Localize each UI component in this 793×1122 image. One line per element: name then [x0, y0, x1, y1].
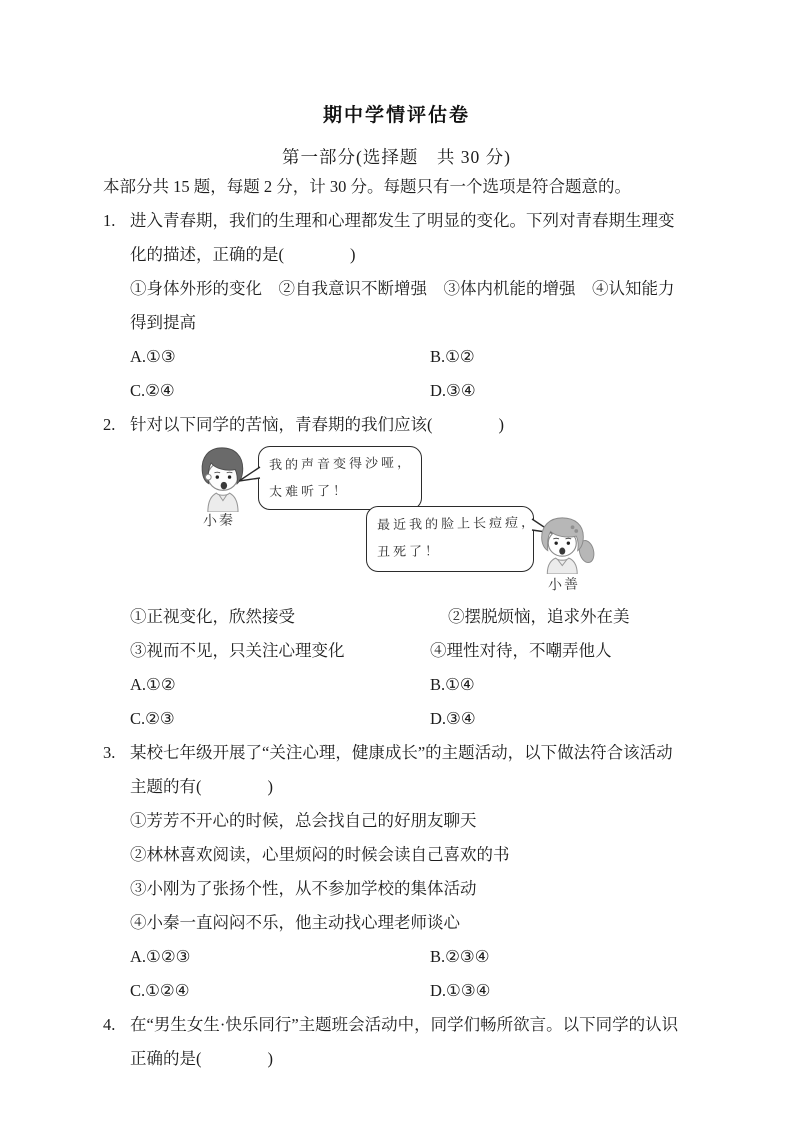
girl-student-illustration	[535, 516, 597, 574]
question-3: 3. 某校七年级开展了“关注心理，健康成长”的主题活动，以下做法符合该活动 主题…	[103, 736, 690, 1008]
question-1: 1. 进入青春期，我们的生理和心理都发生了明显的变化。下列对青春期生理变 化的描…	[103, 204, 690, 408]
q3-option-b: B.②③④	[430, 940, 490, 974]
q3-item-1: ①芳芳不开心的时候，总会找自己的好朋友聊天	[130, 804, 690, 838]
exam-paper-page: 期中学情评估卷 第一部分(选择题 共 30 分) 本部分共 15 题，每题 2 …	[0, 0, 793, 1122]
q3-item-4: ④小秦一直闷闷不乐，他主动找心理老师谈心	[130, 906, 690, 940]
q2-item-3: ③视而不见，只关注心理变化	[130, 634, 430, 668]
q3-options-row-cd: C.①②④ D.①③④	[130, 974, 690, 1008]
q1-stem-text: 进入青春期，我们的生理和心理都发生了明显的变化。下列对青春期生理变	[130, 204, 675, 238]
question-4: 4. 在“男生女生·快乐同行”主题班会活动中，同学们畅所欲言。以下同学的认识 正…	[103, 1008, 690, 1076]
q2-option-a: A.①②	[130, 668, 430, 702]
q1-option-d: D.③④	[430, 374, 476, 408]
q2-stem-text: 针对以下同学的苦恼，青春期的我们应该( )	[130, 408, 504, 442]
q1-option-b: B.①②	[430, 340, 475, 374]
q2-item-2: ②摆脱烦恼，追求外在美	[448, 600, 630, 634]
q1-option-c: C.②④	[130, 374, 430, 408]
q3-stem-text: 某校七年级开展了“关注心理，健康成长”的主题活动，以下做法符合该活动	[130, 736, 673, 770]
girl-bubble-text-line2: 丑死了！	[377, 536, 525, 566]
q3-stem-line2: 主题的有( )	[130, 770, 690, 804]
q2-number: 2.	[103, 408, 130, 442]
q2-option-d: D.③④	[430, 702, 476, 736]
boy-bubble-text-line2: 太难听了！	[269, 476, 413, 506]
paper-content: 期中学情评估卷 第一部分(选择题 共 30 分) 本部分共 15 题，每题 2 …	[103, 104, 690, 1076]
boy-name-label: 小秦	[203, 509, 236, 530]
boy-speech-bubble: 我的声音变得沙哑， 太难听了！	[258, 446, 422, 510]
girl-name-label: 小善	[548, 573, 581, 594]
page-title: 期中学情评估卷	[103, 104, 690, 128]
q2-option-b: B.①④	[430, 668, 475, 702]
q3-options-row-ab: A.①②③ B.②③④	[130, 940, 690, 974]
boy-bubble-tail	[239, 465, 261, 487]
q1-option-a: A.①③	[130, 340, 430, 374]
q1-options-row-cd: C.②④ D.③④	[130, 374, 690, 408]
section-intro: 本部分共 15 题，每题 2 分，计 30 分。每题只有一个选项是符合题意的。	[103, 170, 690, 204]
q4-number: 4.	[103, 1008, 130, 1042]
q2-item-4: ④理性对待，不嘲弄他人	[430, 634, 612, 668]
q1-items-line2: 得到提高	[130, 306, 690, 340]
question-2: 2. 针对以下同学的苦恼，青春期的我们应该( ) 小秦	[103, 408, 690, 736]
q2-cartoon-illustration: 小秦 我的声音变得沙哑， 太难听了！ 最近我的脸上长痘痘， 丑死了！	[103, 446, 690, 598]
q2-stem-line1: 2. 针对以下同学的苦恼，青春期的我们应该( )	[103, 408, 690, 442]
q2-items-row-34: ③视而不见，只关注心理变化 ④理性对待，不嘲弄他人	[130, 634, 690, 668]
q3-option-d: D.①③④	[430, 974, 490, 1008]
q1-stem-line1: 1. 进入青春期，我们的生理和心理都发生了明显的变化。下列对青春期生理变	[103, 204, 690, 238]
q3-option-a: A.①②③	[130, 940, 430, 974]
q2-options-row-cd: C.②③ D.③④	[130, 702, 690, 736]
q1-number: 1.	[103, 204, 130, 238]
q2-item-1: ①正视变化，欣然接受	[130, 600, 430, 634]
q1-stem-line2: 化的描述，正确的是( )	[130, 238, 690, 272]
q3-stem-line1: 3. 某校七年级开展了“关注心理，健康成长”的主题活动，以下做法符合该活动	[103, 736, 690, 770]
girl-bubble-text-line1: 最近我的脸上长痘痘，	[377, 509, 525, 539]
q3-number: 3.	[103, 736, 130, 770]
q4-stem-line2: 正确的是( )	[130, 1042, 690, 1076]
section-heading: 第一部分(选择题 共 30 分)	[103, 144, 690, 170]
q2-items-row-12: ①正视变化，欣然接受 ②摆脱烦恼，追求外在美	[130, 600, 690, 634]
q1-items-line1: ①身体外形的变化 ②自我意识不断增强 ③体内机能的增强 ④认知能力	[130, 272, 690, 306]
girl-speech-bubble: 最近我的脸上长痘痘， 丑死了！	[366, 506, 534, 572]
q2-options-row-ab: A.①② B.①④	[130, 668, 690, 702]
boy-bubble-text-line1: 我的声音变得沙哑，	[269, 449, 413, 479]
q2-option-c: C.②③	[130, 702, 430, 736]
q3-item-2: ②林林喜欢阅读，心里烦闷的时候会读自己喜欢的书	[130, 838, 690, 872]
q3-option-c: C.①②④	[130, 974, 430, 1008]
q3-item-3: ③小刚为了张扬个性，从不参加学校的集体活动	[130, 872, 690, 906]
q1-options-row-ab: A.①③ B.①②	[130, 340, 690, 374]
q4-stem-line1: 4. 在“男生女生·快乐同行”主题班会活动中，同学们畅所欲言。以下同学的认识	[103, 1008, 690, 1042]
q4-stem-text: 在“男生女生·快乐同行”主题班会活动中，同学们畅所欲言。以下同学的认识	[130, 1008, 678, 1042]
